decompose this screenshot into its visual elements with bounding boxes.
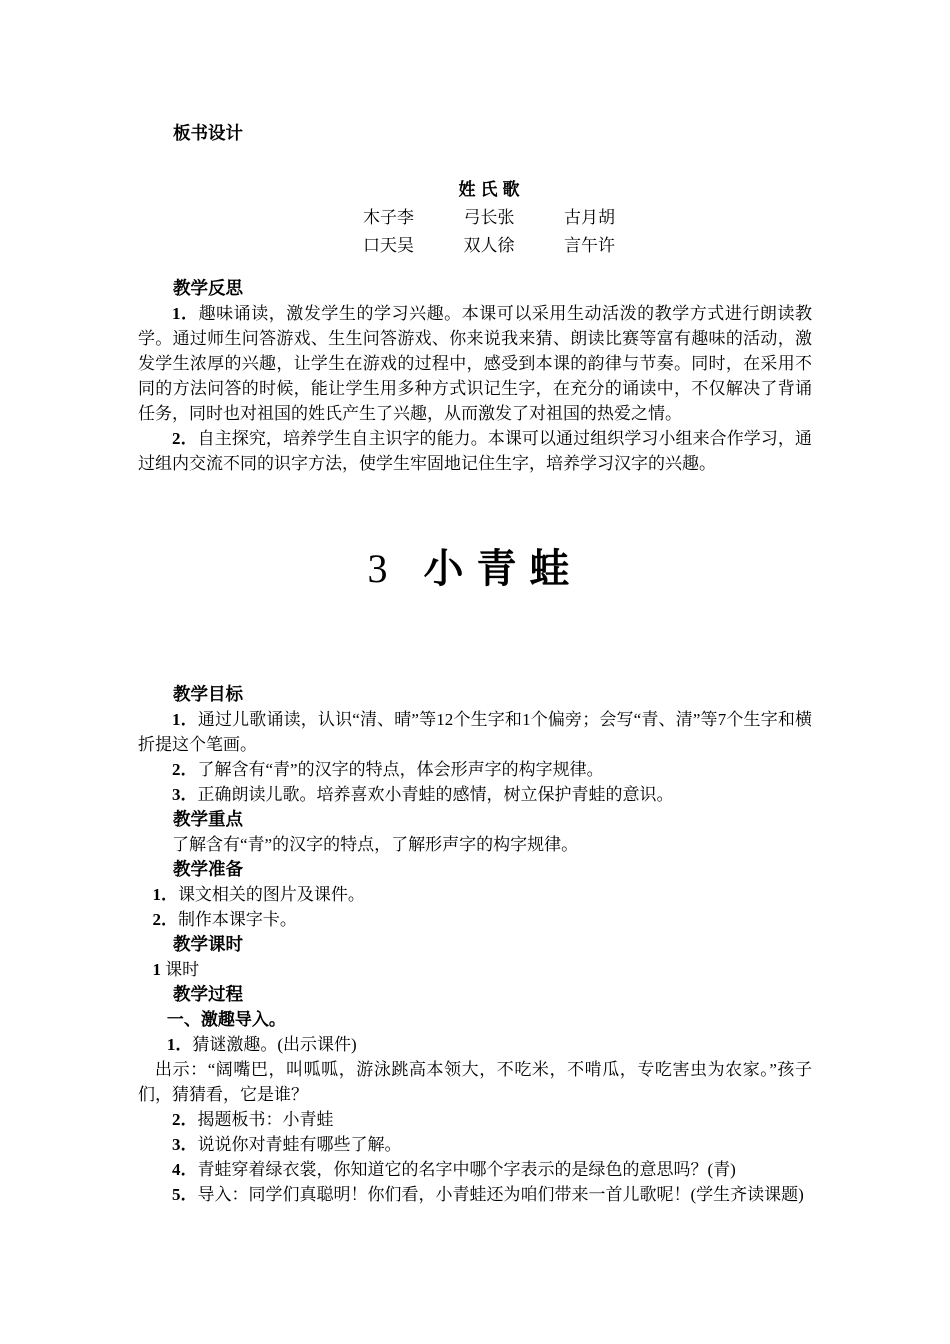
item-number: 2． bbox=[172, 429, 198, 448]
process-item: 4．青蛙穿着绿衣裳，你知道它的名字中哪个字表示的是绿色的意思吗？(青) bbox=[138, 1157, 812, 1182]
section-heading-reflection: 教学反思 bbox=[138, 276, 812, 301]
board-cell: 言午许 bbox=[564, 232, 615, 260]
section-heading-focus: 教学重点 bbox=[138, 807, 812, 832]
preparation-item: 1．课文相关的图片及课件。 bbox=[138, 882, 812, 907]
paragraph-text: 出示：“阔嘴巴，叫呱呱，游泳跳高本领大，不吃米，不啃瓜，专吃害虫为农家。”孩子们… bbox=[138, 1060, 812, 1104]
paragraph-text: 制作本课字卡。 bbox=[178, 910, 297, 929]
board-row: 木子李 弓长张 古月胡 bbox=[363, 204, 615, 232]
item-number: 1． bbox=[152, 885, 178, 904]
section-heading-preparation: 教学准备 bbox=[138, 857, 812, 882]
process-riddle: 出示：“阔嘴巴，叫呱呱，游泳跳高本领大，不吃米，不啃瓜，专吃害虫为农家。”孩子们… bbox=[138, 1057, 812, 1107]
periods-number: 1 bbox=[152, 960, 161, 979]
board-title: 姓氏歌 bbox=[363, 176, 615, 204]
preparation-item: 2．制作本课字卡。 bbox=[138, 907, 812, 932]
paragraph-text: 揭题板书：小青蛙 bbox=[198, 1110, 334, 1129]
lesson-title: 3 小青蛙 bbox=[138, 540, 812, 598]
objective-item: 1．通过儿歌诵读，认识“清、晴”等12个生字和1个偏旁；会写“青、清”等7个生字… bbox=[138, 707, 812, 757]
reflection-paragraph: 1．趣味诵读，激发学生的学习兴趣。本课可以采用生动活泼的教学方式进行朗读教学。通… bbox=[138, 301, 812, 426]
objective-item: 2．了解含有“青”的汉字的特点，体会形声字的构字规律。 bbox=[138, 757, 812, 782]
item-number: 3． bbox=[172, 1135, 198, 1154]
process-item: 2．揭题板书：小青蛙 bbox=[138, 1107, 812, 1132]
item-number: 2． bbox=[172, 760, 198, 779]
board-cell: 双人徐 bbox=[464, 232, 515, 260]
item-number: 4． bbox=[172, 1160, 198, 1179]
section-heading-board-design: 板书设计 bbox=[138, 121, 812, 146]
paragraph-text: 趣味诵读，激发学生的学习兴趣。本课可以采用生动活泼的教学方式进行朗读教学。通过师… bbox=[138, 304, 812, 423]
objective-item: 3．正确朗读儿歌。培养喜欢小青蛙的感情，树立保护青蛙的意识。 bbox=[138, 782, 812, 807]
item-number: 1． bbox=[167, 1035, 193, 1054]
item-number: 1． bbox=[172, 710, 198, 729]
paragraph-text: 青蛙穿着绿衣裳，你知道它的名字中哪个字表示的是绿色的意思吗？(青) bbox=[198, 1160, 736, 1179]
paragraph-text: 了解含有“青”的汉字的特点，体会形声字的构字规律。 bbox=[198, 760, 604, 779]
item-number: 2． bbox=[172, 1110, 198, 1129]
board-cell: 古月胡 bbox=[564, 204, 615, 232]
paragraph-text: 自主探究，培养学生自主识字的能力。本课可以通过组织学习小组来合作学习，通过组内交… bbox=[138, 429, 812, 473]
reflection-paragraph: 2．自主探究，培养学生自主识字的能力。本课可以通过组织学习小组来合作学习，通过组… bbox=[138, 426, 812, 476]
lesson-name: 小青蛙 bbox=[424, 540, 583, 598]
board-cell: 口天吴 bbox=[363, 232, 414, 260]
item-number: 3． bbox=[172, 785, 198, 804]
board-cell: 木子李 bbox=[363, 204, 414, 232]
paragraph-text: 正确朗读儿歌。培养喜欢小青蛙的感情，树立保护青蛙的意识。 bbox=[198, 785, 674, 804]
board-row: 口天吴 双人徐 言午许 bbox=[363, 232, 615, 260]
paragraph-text: 猜谜激趣。(出示课件) bbox=[192, 1035, 356, 1054]
blackboard-design-block: 姓氏歌 木子李 弓长张 古月胡 口天吴 双人徐 言午许 bbox=[363, 176, 615, 260]
board-cell: 弓长张 bbox=[464, 204, 515, 232]
item-number: 5． bbox=[172, 1185, 198, 1204]
section-heading-objectives: 教学目标 bbox=[138, 682, 812, 707]
paragraph-text: 导入：同学们真聪明！你们看，小青蛙还为咱们带来一首儿歌呢！(学生齐读课题) bbox=[198, 1185, 804, 1204]
paragraph-text: 说说你对青蛙有哪些了解。 bbox=[198, 1135, 402, 1154]
paragraph-text: 课时 bbox=[165, 960, 199, 979]
paragraph-text: 通过儿歌诵读，认识“清、晴”等12个生字和1个偏旁；会写“青、清”等7个生字和横… bbox=[138, 710, 812, 754]
process-item: 3．说说你对青蛙有哪些了解。 bbox=[138, 1132, 812, 1157]
paragraph-text: 课文相关的图片及课件。 bbox=[178, 885, 365, 904]
lesson-number: 3 bbox=[368, 540, 388, 598]
process-item: 5．导入：同学们真聪明！你们看，小青蛙还为咱们带来一首儿歌呢！(学生齐读课题) bbox=[138, 1182, 812, 1207]
section-heading-periods: 教学课时 bbox=[138, 932, 812, 957]
document-page: 板书设计 姓氏歌 木子李 弓长张 古月胡 口天吴 双人徐 言午许 教学反思 1．… bbox=[0, 0, 950, 1344]
section-heading-process: 教学过程 bbox=[138, 982, 812, 1007]
item-number: 1． bbox=[172, 304, 199, 323]
periods-line: 1 课时 bbox=[138, 957, 812, 982]
focus-text: 了解含有“青”的汉字的特点，了解形声字的构字规律。 bbox=[138, 832, 812, 857]
process-item: 1．猜谜激趣。(出示课件) bbox=[138, 1032, 812, 1057]
item-number: 2． bbox=[152, 910, 178, 929]
process-step-heading: 一、激趣导入。 bbox=[138, 1007, 812, 1032]
